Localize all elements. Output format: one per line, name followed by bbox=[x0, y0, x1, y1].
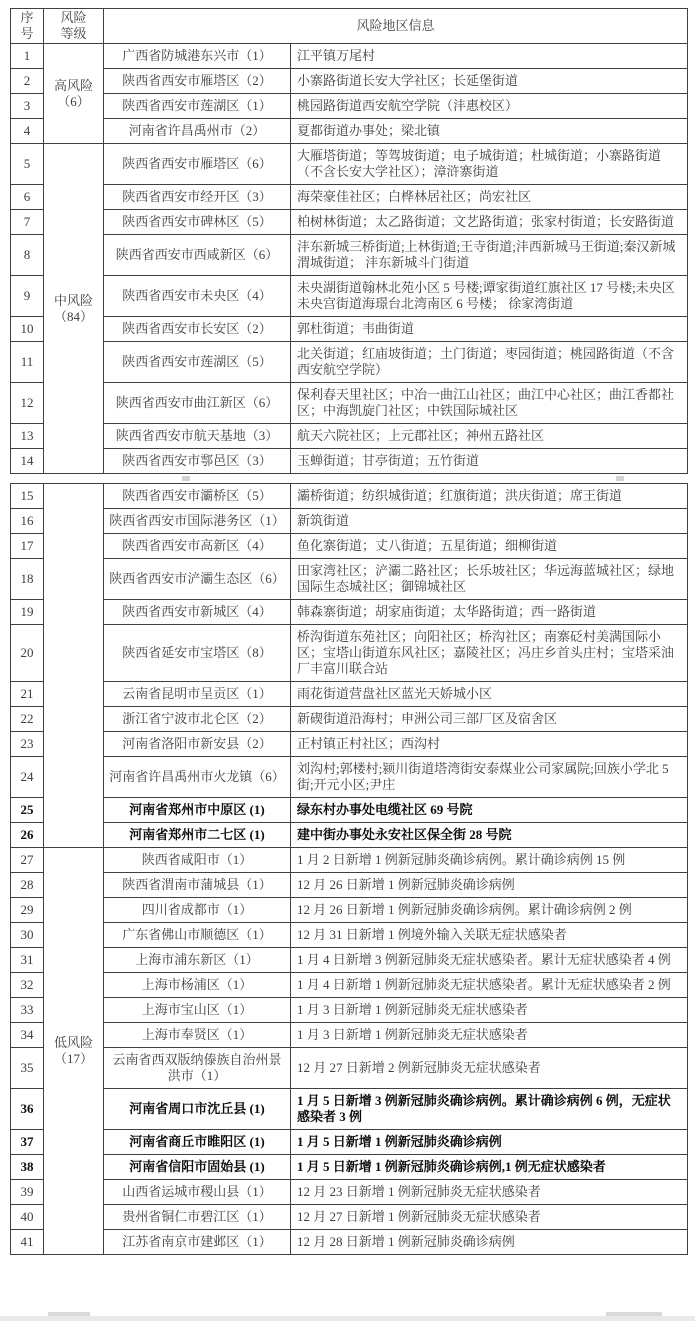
region-name-cell: 上海市奉贤区（1） bbox=[104, 1023, 291, 1048]
region-name-cell: 河南省许昌禹州市火龙镇（6） bbox=[104, 757, 291, 798]
region-detail-cell: 夏都街道办事处；梁北镇 bbox=[291, 119, 688, 144]
serial-number-cell: 23 bbox=[11, 732, 44, 757]
table-row: 33上海市宝山区（1）1 月 3 日新增 1 例新冠肺炎无症状感染者 bbox=[11, 998, 688, 1023]
header-risk-area-info: 风险地区信息 bbox=[104, 9, 688, 44]
region-name-cell: 陕西省西安市鄠邑区（3） bbox=[104, 449, 291, 474]
serial-number-cell: 4 bbox=[11, 119, 44, 144]
region-name-cell: 河南省洛阳市新安县（2） bbox=[104, 732, 291, 757]
table-row: 31上海市浦东新区（1）1 月 4 日新增 3 例新冠肺炎无症状感染者。累计无症… bbox=[11, 948, 688, 973]
table-row: 23河南省洛阳市新安县（2）正村镇正村社区；西沟村 bbox=[11, 732, 688, 757]
region-detail-cell: 1 月 4 日新增 3 例新冠肺炎无症状感染者。累计无症状感染者 4 例 bbox=[291, 948, 688, 973]
region-name-cell: 陕西省西安市长安区（2） bbox=[104, 317, 291, 342]
region-name-cell: 广东省佛山市顺德区（1） bbox=[104, 923, 291, 948]
table-row: 1高风险（6）广西省防城港东兴市（1）江平镇万尾村 bbox=[11, 44, 688, 69]
risk-level-count: （6） bbox=[48, 94, 99, 110]
serial-number-cell: 34 bbox=[11, 1023, 44, 1048]
region-detail-cell: 玉蝉街道；甘亭街道；五竹街道 bbox=[291, 449, 688, 474]
table-row: 41江苏省南京市建邺区（1）12 月 28 日新增 1 例新冠肺炎确诊病例 bbox=[11, 1230, 688, 1255]
serial-number-cell: 11 bbox=[11, 342, 44, 383]
table-row: 21云南省昆明市呈贡区（1）雨花街道营盘社区蓝光天娇城小区 bbox=[11, 682, 688, 707]
region-name-cell: 河南省许昌禹州市（2） bbox=[104, 119, 291, 144]
region-detail-cell: 雨花街道营盘社区蓝光天娇城小区 bbox=[291, 682, 688, 707]
region-detail-cell: 1 月 5 日新增 1 例新冠肺炎确诊病例,1 例无症状感染者 bbox=[291, 1155, 688, 1180]
table-row: 24河南省许昌禹州市火龙镇（6）刘沟村;郭楼村;颍川街道塔湾街安泰煤业公司家属院… bbox=[11, 757, 688, 798]
serial-number-cell: 28 bbox=[11, 873, 44, 898]
risk-level-label: 低风险 bbox=[48, 1035, 99, 1051]
region-name-cell: 陕西省延安市宝塔区（8） bbox=[104, 625, 291, 682]
serial-number-cell: 14 bbox=[11, 449, 44, 474]
region-detail-cell: 海荣豪佳社区；白桦林居社区；尚宏社区 bbox=[291, 185, 688, 210]
table-row: 20陕西省延安市宝塔区（8）桥沟街道东苑社区；向阳社区；桥沟社区；南寨砭村美满国… bbox=[11, 625, 688, 682]
region-name-cell: 河南省郑州市中原区 (1) bbox=[104, 798, 291, 823]
serial-number-cell: 18 bbox=[11, 559, 44, 600]
region-name-cell: 云南省西双版纳傣族自治州景洪市（1） bbox=[104, 1048, 291, 1089]
table-row: 37河南省商丘市睢阳区 (1)1 月 5 日新增 1 例新冠肺炎确诊病例 bbox=[11, 1130, 688, 1155]
table-row: 22浙江省宁波市北仑区（2）新碶街道沿海村；申洲公司三部厂区及宿舍区 bbox=[11, 707, 688, 732]
serial-number-cell: 6 bbox=[11, 185, 44, 210]
serial-number-cell: 12 bbox=[11, 383, 44, 424]
region-detail-cell: 12 月 27 日新增 2 例新冠肺炎无症状感染者 bbox=[291, 1048, 688, 1089]
region-name-cell: 陕西省咸阳市（1） bbox=[104, 848, 291, 873]
serial-number-cell: 33 bbox=[11, 998, 44, 1023]
table-row: 27低风险（17）陕西省咸阳市（1）1 月 2 日新增 1 例新冠肺炎确诊病例。… bbox=[11, 848, 688, 873]
region-detail-cell: 1 月 2 日新增 1 例新冠肺炎确诊病例。累计确诊病例 15 例 bbox=[291, 848, 688, 873]
region-name-cell: 陕西省西安市曲江新区（6） bbox=[104, 383, 291, 424]
table-row: 26河南省郑州市二七区 (1)建中街办事处永安社区保全街 28 号院 bbox=[11, 823, 688, 848]
region-detail-cell: 江平镇万尾村 bbox=[291, 44, 688, 69]
region-name-cell: 陕西省西安市经开区（3） bbox=[104, 185, 291, 210]
table-row: 25河南省郑州市中原区 (1)绿东村办事处电缆社区 69 号院 bbox=[11, 798, 688, 823]
serial-number-cell: 26 bbox=[11, 823, 44, 848]
table-row: 17陕西省西安市高新区（4）鱼化寨街道；丈八街道；五星街道；细柳街道 bbox=[11, 534, 688, 559]
region-name-cell: 陕西省西安市雁塔区（6） bbox=[104, 144, 291, 185]
table-row: 4河南省许昌禹州市（2）夏都街道办事处；梁北镇 bbox=[11, 119, 688, 144]
region-detail-cell: 12 月 28 日新增 1 例新冠肺炎确诊病例 bbox=[291, 1230, 688, 1255]
serial-number-cell: 31 bbox=[11, 948, 44, 973]
region-detail-cell: 1 月 3 日新增 1 例新冠肺炎无症状感染者 bbox=[291, 1023, 688, 1048]
region-name-cell: 云南省昆明市呈贡区（1） bbox=[104, 682, 291, 707]
risk-table-body-2: 15陕西省西安市灞桥区（5）灞桥街道；纺织城街道；红旗街道；洪庆街道；席王街道1… bbox=[11, 484, 688, 1255]
region-detail-cell: 新筑街道 bbox=[291, 509, 688, 534]
serial-number-cell: 20 bbox=[11, 625, 44, 682]
serial-number-cell: 17 bbox=[11, 534, 44, 559]
table-row: 12陕西省西安市曲江新区（6）保利春天里社区；中冶一曲江山社区；曲江中心社区；曲… bbox=[11, 383, 688, 424]
table-row: 7陕西省西安市碑林区（5）柏树林街道；太乙路街道；文艺路街道；张家村街道；长安路… bbox=[11, 210, 688, 235]
risk-level-cell: 高风险（6） bbox=[44, 44, 104, 144]
table-row: 39山西省运城市稷山县（1）12 月 23 日新增 1 例新冠肺炎无症状感染者 bbox=[11, 1180, 688, 1205]
table-row: 35云南省西双版纳傣族自治州景洪市（1）12 月 27 日新增 2 例新冠肺炎无… bbox=[11, 1048, 688, 1089]
region-detail-cell: 桥沟街道东苑社区；向阳社区；桥沟社区；南寨砭村美满国际小区；宝塔山街道东风社区；… bbox=[291, 625, 688, 682]
risk-level-cell bbox=[44, 484, 104, 848]
risk-level-label: 高风险 bbox=[48, 78, 99, 94]
region-detail-cell: 韩森寨街道；胡家庙街道；太华路街道；西一路街道 bbox=[291, 600, 688, 625]
serial-number-cell: 32 bbox=[11, 973, 44, 998]
region-name-cell: 河南省周口市沈丘县 (1) bbox=[104, 1089, 291, 1130]
region-detail-cell: 沣东新城三桥街道;上林街道;王寺街道;沣西新城马王街道;秦汉新城渭城街道； 沣东… bbox=[291, 235, 688, 276]
page-break-gap bbox=[10, 474, 687, 483]
region-name-cell: 江苏省南京市建邺区（1） bbox=[104, 1230, 291, 1255]
serial-number-cell: 35 bbox=[11, 1048, 44, 1089]
region-name-cell: 陕西省西安市未央区（4） bbox=[104, 276, 291, 317]
serial-number-cell: 16 bbox=[11, 509, 44, 534]
region-name-cell: 河南省郑州市二七区 (1) bbox=[104, 823, 291, 848]
serial-number-cell: 5 bbox=[11, 144, 44, 185]
table-row: 34上海市奉贤区（1）1 月 3 日新增 1 例新冠肺炎无症状感染者 bbox=[11, 1023, 688, 1048]
risk-table-part-1: 序号 风险等级 风险地区信息 1高风险（6）广西省防城港东兴市（1）江平镇万尾村… bbox=[10, 8, 688, 474]
table-row: 15陕西省西安市灞桥区（5）灞桥街道；纺织城街道；红旗街道；洪庆街道；席王街道 bbox=[11, 484, 688, 509]
region-detail-cell: 大雁塔街道；等驾坡街道；电子城街道；杜城街道；小寨路街道（不含长安大学社区）；漳… bbox=[291, 144, 688, 185]
table-row: 18陕西省西安市浐灞生态区（6）田家湾社区；浐灞二路社区；长乐坡社区；华远海蓝城… bbox=[11, 559, 688, 600]
serial-number-cell: 24 bbox=[11, 757, 44, 798]
region-detail-cell: 绿东村办事处电缆社区 69 号院 bbox=[291, 798, 688, 823]
region-detail-cell: 1 月 3 日新增 1 例新冠肺炎无症状感染者 bbox=[291, 998, 688, 1023]
region-detail-cell: 建中街办事处永安社区保全街 28 号院 bbox=[291, 823, 688, 848]
region-detail-cell: 鱼化寨街道；丈八街道；五星街道；细柳街道 bbox=[291, 534, 688, 559]
serial-number-cell: 41 bbox=[11, 1230, 44, 1255]
region-detail-cell: 刘沟村;郭楼村;颍川街道塔湾街安泰煤业公司家属院;回族小学北 5 街;开元小区;… bbox=[291, 757, 688, 798]
table-row: 38河南省信阳市固始县 (1)1 月 5 日新增 1 例新冠肺炎确诊病例,1 例… bbox=[11, 1155, 688, 1180]
region-name-cell: 陕西省西安市新城区（4） bbox=[104, 600, 291, 625]
region-name-cell: 上海市浦东新区（1） bbox=[104, 948, 291, 973]
region-name-cell: 陕西省西安市国际港务区（1） bbox=[104, 509, 291, 534]
serial-number-cell: 22 bbox=[11, 707, 44, 732]
serial-number-cell: 10 bbox=[11, 317, 44, 342]
risk-area-table-wrapper: 序号 风险等级 风险地区信息 1高风险（6）广西省防城港东兴市（1）江平镇万尾村… bbox=[10, 8, 687, 1255]
region-name-cell: 陕西省西安市碑林区（5） bbox=[104, 210, 291, 235]
region-name-cell: 陕西省西安市莲湖区（5） bbox=[104, 342, 291, 383]
serial-number-cell: 38 bbox=[11, 1155, 44, 1180]
region-detail-cell: 小寨路街道长安大学社区；长延堡街道 bbox=[291, 69, 688, 94]
table-row: 40贵州省铜仁市碧江区（1）12 月 27 日新增 1 例新冠肺炎无症状感染者 bbox=[11, 1205, 688, 1230]
region-name-cell: 上海市杨浦区（1） bbox=[104, 973, 291, 998]
region-name-cell: 陕西省西安市雁塔区（2） bbox=[104, 69, 291, 94]
serial-number-cell: 30 bbox=[11, 923, 44, 948]
serial-number-cell: 40 bbox=[11, 1205, 44, 1230]
risk-table-body-1: 1高风险（6）广西省防城港东兴市（1）江平镇万尾村2陕西省西安市雁塔区（2）小寨… bbox=[11, 44, 688, 474]
region-detail-cell: 12 月 31 日新增 1 例境外输入关联无症状感染者 bbox=[291, 923, 688, 948]
region-name-cell: 陕西省西安市西咸新区（6） bbox=[104, 235, 291, 276]
table-row: 29四川省成都市（1）12 月 26 日新增 1 例新冠肺炎确诊病例。累计确诊病… bbox=[11, 898, 688, 923]
page-break-mark bbox=[616, 476, 624, 481]
table-row: 11陕西省西安市莲湖区（5）北关街道；红庙坡街道；土门街道；枣园街道；桃园路街道… bbox=[11, 342, 688, 383]
region-detail-cell: 灞桥街道；纺织城街道；红旗街道；洪庆街道；席王街道 bbox=[291, 484, 688, 509]
region-detail-cell: 田家湾社区；浐灞二路社区；长乐坡社区；华远海蓝城社区；绿地国际生态城社区；御锦城… bbox=[291, 559, 688, 600]
region-name-cell: 广西省防城港东兴市（1） bbox=[104, 44, 291, 69]
serial-number-cell: 13 bbox=[11, 424, 44, 449]
serial-number-cell: 9 bbox=[11, 276, 44, 317]
region-name-cell: 上海市宝山区（1） bbox=[104, 998, 291, 1023]
region-name-cell: 陕西省西安市莲湖区（1） bbox=[104, 94, 291, 119]
region-detail-cell: 12 月 26 日新增 1 例新冠肺炎确诊病例。累计确诊病例 2 例 bbox=[291, 898, 688, 923]
table-row: 28陕西省渭南市蒲城县（1）12 月 26 日新增 1 例新冠肺炎确诊病例 bbox=[11, 873, 688, 898]
serial-number-cell: 15 bbox=[11, 484, 44, 509]
region-name-cell: 河南省商丘市睢阳区 (1) bbox=[104, 1130, 291, 1155]
serial-number-cell: 39 bbox=[11, 1180, 44, 1205]
serial-number-cell: 19 bbox=[11, 600, 44, 625]
page-bottom-edge bbox=[0, 1316, 695, 1321]
serial-number-cell: 3 bbox=[11, 94, 44, 119]
table-row: 36河南省周口市沈丘县 (1)1 月 5 日新增 3 例新冠肺炎确诊病例。累计确… bbox=[11, 1089, 688, 1130]
region-name-cell: 山西省运城市稷山县（1） bbox=[104, 1180, 291, 1205]
table-row: 10陕西省西安市长安区（2）郭杜街道；韦曲街道 bbox=[11, 317, 688, 342]
risk-level-cell: 中风险（84） bbox=[44, 144, 104, 474]
serial-number-cell: 27 bbox=[11, 848, 44, 873]
table-row: 9陕西省西安市未央区（4）未央湖街道翰林北苑小区 5 号楼;谭家街道红旗社区 1… bbox=[11, 276, 688, 317]
serial-number-cell: 37 bbox=[11, 1130, 44, 1155]
region-detail-cell: 1 月 5 日新增 1 例新冠肺炎确诊病例 bbox=[291, 1130, 688, 1155]
region-name-cell: 河南省信阳市固始县 (1) bbox=[104, 1155, 291, 1180]
region-detail-cell: 保利春天里社区；中冶一曲江山社区；曲江中心社区；曲江香都社区；中海凯旋门社区；中… bbox=[291, 383, 688, 424]
region-name-cell: 浙江省宁波市北仑区（2） bbox=[104, 707, 291, 732]
region-name-cell: 四川省成都市（1） bbox=[104, 898, 291, 923]
header-risk-level: 风险等级 bbox=[44, 9, 104, 44]
region-detail-cell: 郭杜街道；韦曲街道 bbox=[291, 317, 688, 342]
region-detail-cell: 柏树林街道；太乙路街道；文艺路街道；张家村街道；长安路街道 bbox=[291, 210, 688, 235]
region-name-cell: 陕西省西安市高新区（4） bbox=[104, 534, 291, 559]
region-name-cell: 陕西省西安市浐灞生态区（6） bbox=[104, 559, 291, 600]
region-detail-cell: 正村镇正村社区；西沟村 bbox=[291, 732, 688, 757]
table-row: 16陕西省西安市国际港务区（1）新筑街道 bbox=[11, 509, 688, 534]
region-detail-cell: 12 月 27 日新增 1 例新冠肺炎无症状感染者 bbox=[291, 1205, 688, 1230]
table-row: 30广东省佛山市顺德区（1）12 月 31 日新增 1 例境外输入关联无症状感染… bbox=[11, 923, 688, 948]
risk-level-count: （84） bbox=[48, 309, 99, 325]
region-detail-cell: 新碶街道沿海村；申洲公司三部厂区及宿舍区 bbox=[291, 707, 688, 732]
region-detail-cell: 12 月 26 日新增 1 例新冠肺炎确诊病例 bbox=[291, 873, 688, 898]
risk-level-count: （17） bbox=[48, 1051, 99, 1067]
region-name-cell: 贵州省铜仁市碧江区（1） bbox=[104, 1205, 291, 1230]
region-detail-cell: 桃园路街道西安航空学院（沣惠校区） bbox=[291, 94, 688, 119]
page: { "table": { "header": { "serial": "序号",… bbox=[0, 0, 695, 1321]
table-row: 19陕西省西安市新城区（4）韩森寨街道；胡家庙街道；太华路街道；西一路街道 bbox=[11, 600, 688, 625]
table-row: 2陕西省西安市雁塔区（2）小寨路街道长安大学社区；长延堡街道 bbox=[11, 69, 688, 94]
region-detail-cell: 北关街道；红庙坡街道；土门街道；枣园街道；桃园路街道（不含西安航空学院） bbox=[291, 342, 688, 383]
region-detail-cell: 12 月 23 日新增 1 例新冠肺炎无症状感染者 bbox=[291, 1180, 688, 1205]
serial-number-cell: 7 bbox=[11, 210, 44, 235]
serial-number-cell: 8 bbox=[11, 235, 44, 276]
table-row: 13陕西省西安市航天基地（3）航天六院社区；上元郡社区；神州五路社区 bbox=[11, 424, 688, 449]
region-detail-cell: 未央湖街道翰林北苑小区 5 号楼;谭家街道红旗社区 17 号楼;未央区未央宫街道… bbox=[291, 276, 688, 317]
serial-number-cell: 29 bbox=[11, 898, 44, 923]
serial-number-cell: 21 bbox=[11, 682, 44, 707]
risk-level-cell: 低风险（17） bbox=[44, 848, 104, 1255]
risk-table-part-2: 15陕西省西安市灞桥区（5）灞桥街道；纺织城街道；红旗街道；洪庆街道；席王街道1… bbox=[10, 483, 688, 1255]
table-row: 5中风险（84）陕西省西安市雁塔区（6）大雁塔街道；等驾坡街道；电子城街道；杜城… bbox=[11, 144, 688, 185]
page-break-mark bbox=[182, 476, 190, 481]
region-name-cell: 陕西省西安市航天基地（3） bbox=[104, 424, 291, 449]
risk-level-label: 中风险 bbox=[48, 293, 99, 309]
header-row: 序号 风险等级 风险地区信息 bbox=[11, 9, 688, 44]
table-row: 6陕西省西安市经开区（3）海荣豪佳社区；白桦林居社区；尚宏社区 bbox=[11, 185, 688, 210]
region-detail-cell: 1 月 5 日新增 3 例新冠肺炎确诊病例。累计确诊病例 6 例，无症状感染者 … bbox=[291, 1089, 688, 1130]
table-row: 14陕西省西安市鄠邑区（3）玉蝉街道；甘亭街道；五竹街道 bbox=[11, 449, 688, 474]
table-row: 8陕西省西安市西咸新区（6）沣东新城三桥街道;上林街道;王寺街道;沣西新城马王街… bbox=[11, 235, 688, 276]
serial-number-cell: 1 bbox=[11, 44, 44, 69]
region-name-cell: 陕西省西安市灞桥区（5） bbox=[104, 484, 291, 509]
serial-number-cell: 2 bbox=[11, 69, 44, 94]
region-name-cell: 陕西省渭南市蒲城县（1） bbox=[104, 873, 291, 898]
table-row: 3陕西省西安市莲湖区（1）桃园路街道西安航空学院（沣惠校区） bbox=[11, 94, 688, 119]
serial-number-cell: 36 bbox=[11, 1089, 44, 1130]
serial-number-cell: 25 bbox=[11, 798, 44, 823]
table-row: 32上海市杨浦区（1）1 月 4 日新增 1 例新冠肺炎无症状感染者。累计无症状… bbox=[11, 973, 688, 998]
region-detail-cell: 航天六院社区；上元郡社区；神州五路社区 bbox=[291, 424, 688, 449]
region-detail-cell: 1 月 4 日新增 1 例新冠肺炎无症状感染者。累计无症状感染者 2 例 bbox=[291, 973, 688, 998]
header-serial-number: 序号 bbox=[11, 9, 44, 44]
